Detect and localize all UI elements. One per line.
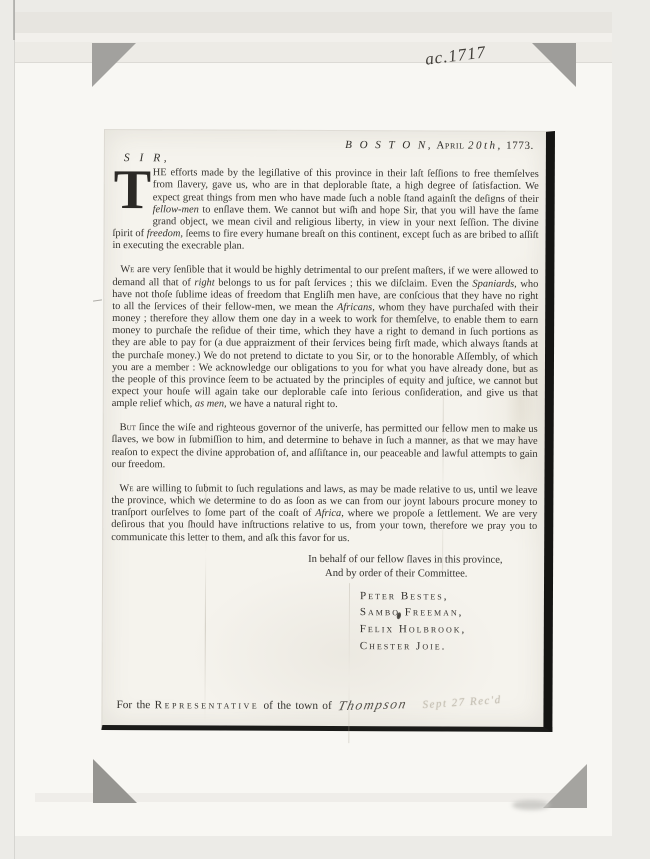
pencil-smudge [512, 800, 550, 810]
closing-line: And by order of their Committee. [325, 567, 537, 582]
town-name-handwriting: Thompson [337, 698, 408, 712]
paragraph: We are very ſenſible that it would be hi… [112, 264, 539, 412]
paragraph-opening: THE efforts made by the legiſlative of t… [112, 167, 538, 254]
paragraph: We are willing to ſubmit to ſuch regulat… [111, 483, 537, 546]
photo-edge-band [15, 12, 612, 33]
signature: Sambo Freeman, [360, 605, 537, 623]
salutation: S I R, [124, 152, 539, 166]
photograph-paper: ac.1717 B O S T O N, April 20th, 1773. S… [15, 12, 612, 836]
footer-address-line: For the Representative of the town ofTho… [116, 698, 407, 712]
dateline: B O S T O N, April 20th, 1773. [113, 138, 539, 152]
photo-mounting-corner-bottom-right [543, 764, 587, 808]
signature: Peter Bestes, [360, 588, 537, 606]
letter-text-block: B O S T O N, April 20th, 1773. S I R, TH… [102, 130, 546, 727]
closing-line: In behalf of our fellow ſlaves in this p… [308, 553, 537, 568]
photographed-document-scan: ac.1717 B O S T O N, April 20th, 1773. S… [0, 0, 650, 859]
photo-mounting-corner-top-left [92, 43, 136, 87]
photo-edge-band [15, 33, 612, 42]
photo-mounting-corner-top-right [532, 43, 576, 87]
photo-mounting-corner-bottom-left [93, 759, 137, 803]
signature: Chester Joie. [360, 638, 537, 656]
signature: Felix Holbrook, [360, 621, 537, 639]
letter-document: B O S T O N, April 20th, 1773. S I R, TH… [101, 129, 555, 732]
footer-printed-text: For the Representative of the town of [116, 699, 331, 712]
stray-mark [93, 299, 102, 301]
paragraph: But ſince the wiſe and righteous governo… [112, 422, 538, 472]
signature-block: Peter Bestes, Sambo Freeman, Felix Holbr… [360, 588, 537, 656]
closing-block: In behalf of our fellow ſlaves in this p… [308, 553, 537, 583]
paragraph-text: HE efforts made by the legiſlative of th… [112, 168, 538, 252]
drop-cap: T [114, 168, 150, 216]
